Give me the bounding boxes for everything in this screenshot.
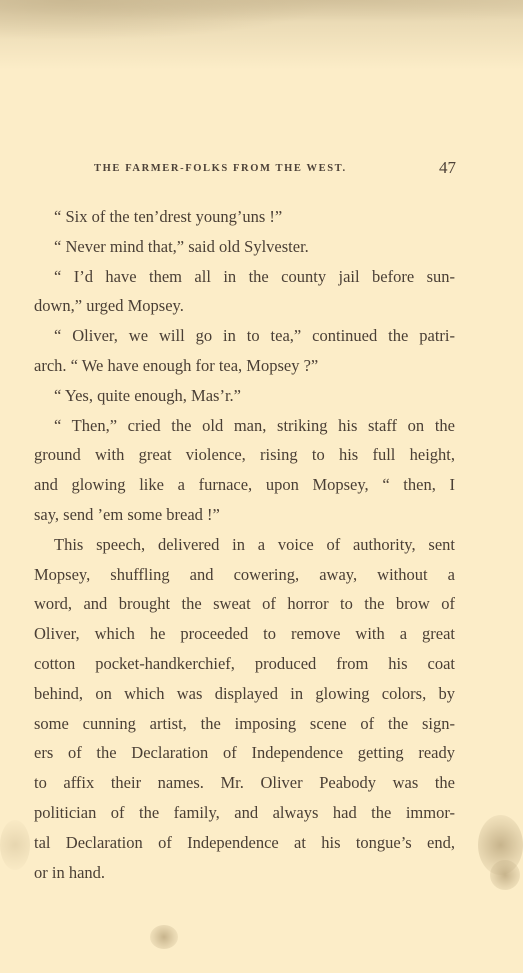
text-line: Mopsey, shuffling and cowering, away, wi… [34, 560, 455, 590]
text-line: politician of the family, and always had… [34, 798, 455, 828]
text-line: word, and brought the sweat of horror to… [34, 589, 455, 619]
text-line: ers of the Declaration of Independence g… [34, 738, 455, 768]
text-line: “ Oliver, we will go in to tea,” continu… [34, 321, 455, 351]
text-line: tal Declaration of Independence at his t… [34, 828, 455, 858]
page-number: 47 [439, 158, 456, 178]
text-line: arch. “ We have enough for tea, Mopsey ?… [34, 351, 455, 381]
text-line: and glowing like a furnace, upon Mopsey,… [34, 470, 455, 500]
foxing-stain [478, 815, 523, 875]
text-line: cotton pocket-handkerchief, produced fro… [34, 649, 455, 679]
text-line: some cunning artist, the imposing scene … [34, 709, 455, 739]
book-page: THE FARMER-FOLKS FROM THE WEST. 47 “ Six… [34, 158, 455, 887]
text-line: down,” urged Mopsey. [34, 291, 455, 321]
paper-edge-discoloration [0, 0, 523, 70]
running-head: THE FARMER-FOLKS FROM THE WEST. 47 [34, 158, 455, 182]
text-line: ground with great violence, rising to hi… [34, 440, 455, 470]
foxing-stain [490, 860, 520, 890]
body-text: “ Six of the ten’drest young’uns !” “ Ne… [34, 202, 455, 887]
running-title: THE FARMER-FOLKS FROM THE WEST. [94, 163, 347, 174]
foxing-stain [150, 925, 178, 949]
text-line: “ Then,” cried the old man, striking his… [34, 411, 455, 441]
text-line: to affix their names. Mr. Oliver Peabody… [34, 768, 455, 798]
text-line: or in hand. [34, 858, 455, 888]
text-line: “ I’d have them all in the county jail b… [34, 262, 455, 292]
text-line: behind, on which was displayed in glowin… [34, 679, 455, 709]
text-line: “ Never mind that,” said old Sylvester. [34, 232, 455, 262]
text-line: Oliver, which he proceeded to remove wit… [34, 619, 455, 649]
text-line: “ Six of the ten’drest young’uns !” [34, 202, 455, 232]
text-line: say, send ’em some bread !” [34, 500, 455, 530]
text-line: “ Yes, quite enough, Mas’r.” [34, 381, 455, 411]
text-line: This speech, delivered in a voice of aut… [34, 530, 455, 560]
foxing-stain [0, 820, 30, 870]
